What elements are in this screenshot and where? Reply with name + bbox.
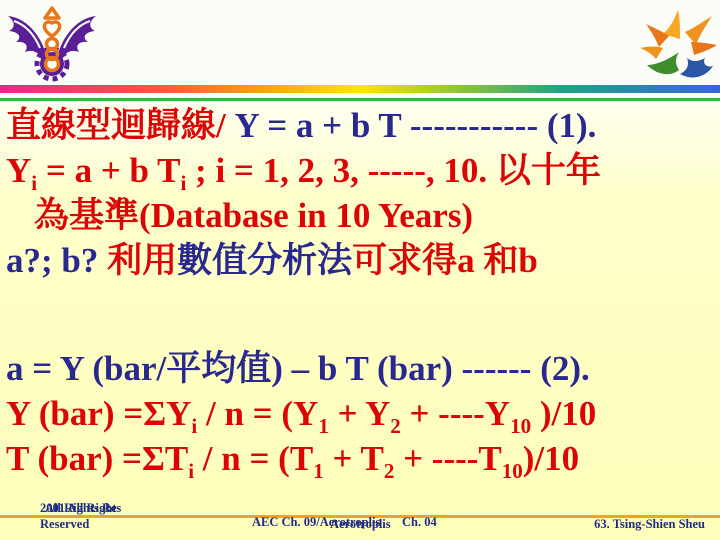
- formula-line-ab-question: a?; b? 利用數值分析法可求得a 和b: [6, 238, 718, 283]
- formula-run: + ----T: [394, 439, 501, 478]
- formula-block-1: 直線型迴歸線/ Y = a + b T ----------- (1). Yi …: [6, 103, 718, 283]
- formula-run: / n = (T: [194, 439, 313, 478]
- formula-run: 2: [390, 414, 401, 438]
- formula-run: + ----Y: [401, 394, 510, 433]
- formula-line-tbar: T (bar) =ΣTi / n = (T1 + T2 + ----T10)/1…: [6, 436, 718, 481]
- green-swoosh: [647, 52, 679, 74]
- formula-run: Y: [6, 151, 31, 190]
- green-divider: [0, 98, 720, 101]
- formula-run: = a + b T: [37, 151, 180, 190]
- footer-chapter-layer-b: Ch. 04: [402, 515, 437, 530]
- formula-run: T (bar) =ΣT: [6, 439, 188, 478]
- formula-run: 1: [313, 459, 324, 483]
- formula-run: 直線型迴歸線/: [6, 106, 226, 145]
- formula-run: 10: [502, 459, 523, 483]
- star-petals: [640, 10, 717, 59]
- formula-run: 1: [318, 414, 329, 438]
- slide-footer: 2001 All Rights All Rights Re Reserved A…: [0, 498, 720, 540]
- formula-run: 2: [384, 459, 395, 483]
- formula-block-2: a = Y (bar/平均值) – b T (bar) ------ (2). …: [6, 346, 718, 481]
- slide-body: 直線型迴歸線/ Y = a + b T ----------- (1). Yi …: [6, 103, 718, 481]
- blue-swoosh: [680, 58, 713, 77]
- footer-copyright-line1: 2001 All Rights All Rights Re: [40, 501, 210, 515]
- presentation-slide: 直線型迴歸線/ Y = a + b T ----------- (1). Yi …: [0, 0, 720, 540]
- footer-copyright-layer-b: All Rights Re: [45, 501, 117, 516]
- formula-run: Y = a + b T ----------- (1).: [226, 106, 597, 145]
- footer-author: 63. Tsing-Shien Sheu: [594, 517, 705, 532]
- formula-line-database: 為基準(Database in 10 Years): [6, 193, 718, 238]
- orange-chain-column: [44, 8, 59, 71]
- footer-chapter-line2: Aerotroplis: [330, 517, 391, 532]
- formula-run: 數值分析法: [177, 241, 352, 280]
- formula-line-a-equals: a = Y (bar/平均值) – b T (bar) ------ (2).: [6, 346, 718, 391]
- winged-gear-emblem-logo: [4, 4, 100, 88]
- rainbow-gradient-divider: [0, 85, 720, 93]
- formula-run: a?; b?: [6, 241, 107, 280]
- formula-run: 10: [510, 414, 531, 438]
- footer-copyright-line2: Reserved: [40, 517, 89, 532]
- formula-run: + Y: [329, 394, 390, 433]
- formula-run: )/10: [531, 394, 596, 433]
- formula-run: 可求得a 和b: [352, 241, 538, 280]
- formula-line-yi: Yi = a + b Ti ; i = 1, 2, 3, -----, 10. …: [6, 148, 718, 193]
- formula-run: ; i = 1, 2, 3, -----, 10. 以十年: [186, 151, 601, 190]
- formula-line-ybar: Y (bar) =ΣYi / n = (Y1 + Y2 + ----Y10 )/…: [6, 391, 718, 436]
- formula-run: a = Y (bar/平均值) – b T (bar) ------ (2).: [6, 349, 590, 388]
- formula-run: 利用: [107, 241, 177, 280]
- formula-line-regression: 直線型迴歸線/ Y = a + b T ----------- (1).: [6, 103, 718, 148]
- formula-run: + T: [324, 439, 384, 478]
- formula-run: )/10: [523, 439, 579, 478]
- formula-run: / n = (Y: [197, 394, 318, 433]
- formula-run: Y (bar) =ΣY: [6, 394, 191, 433]
- star-flower-swoosh-logo: [634, 8, 718, 82]
- formula-run: 為基準(Database in 10 Years): [34, 196, 473, 235]
